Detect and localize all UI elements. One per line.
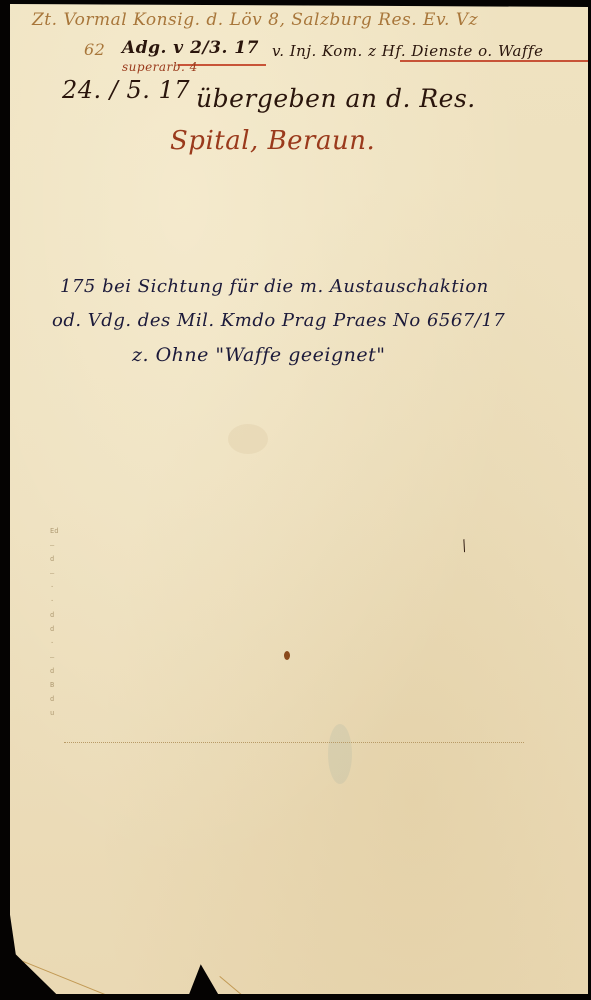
margin-mark: u bbox=[50, 706, 66, 720]
fold-crease-left bbox=[16, 958, 128, 1000]
margin-mark: B bbox=[50, 678, 66, 692]
entry-1-date: 24. / 5. 17 bbox=[62, 76, 190, 104]
entry-2-line-3: z. Ohne "Waffe geeignet" bbox=[132, 344, 385, 366]
blue-smudge bbox=[328, 724, 352, 784]
header-line-2-date: Adg. v 2/3. 17 bbox=[122, 38, 259, 58]
margin-mark: d bbox=[50, 608, 66, 622]
ink-spot bbox=[284, 651, 290, 660]
margin-mark: Ed bbox=[50, 524, 66, 538]
margin-marks: Ed — d — · · d d · — d B d u bbox=[50, 524, 66, 720]
stray-pen-mark: / bbox=[458, 538, 471, 554]
margin-mark: · bbox=[50, 580, 66, 594]
margin-mark: — bbox=[50, 650, 66, 664]
margin-mark: d bbox=[50, 622, 66, 636]
superscript-note: superarb. 4 bbox=[122, 60, 198, 74]
header-line-2-prefix: 62 bbox=[84, 40, 105, 59]
paper-stain bbox=[228, 424, 268, 454]
header-line-1: Zt. Vormal Konsig. d. Löv 8, Salzburg Re… bbox=[32, 10, 478, 30]
entry-1-place: Spital, Beraun. bbox=[170, 126, 375, 156]
fold-crease-mid bbox=[219, 976, 243, 996]
margin-mark: d bbox=[50, 664, 66, 678]
margin-mark: — bbox=[50, 538, 66, 552]
header-line-2-text: v. Inj. Kom. z Hf. Dienste o. Waffe bbox=[272, 42, 543, 60]
entry-2-line-2: od. Vdg. des Mil. Kmdo Prag Praes No 656… bbox=[52, 310, 505, 331]
margin-mark: · bbox=[50, 636, 66, 650]
document-paper: Zt. Vormal Konsig. d. Löv 8, Salzburg Re… bbox=[10, 4, 588, 994]
entry-1-text: übergeben an d. Res. bbox=[196, 84, 476, 113]
entry-2-line-1: 175 bei Sichtung für die m. Austauschakt… bbox=[60, 276, 489, 297]
dotted-rule bbox=[64, 742, 524, 743]
red-underline-right bbox=[400, 60, 590, 62]
margin-mark: — bbox=[50, 566, 66, 580]
margin-mark: d bbox=[50, 692, 66, 706]
margin-mark: d bbox=[50, 552, 66, 566]
margin-mark: · bbox=[50, 594, 66, 608]
